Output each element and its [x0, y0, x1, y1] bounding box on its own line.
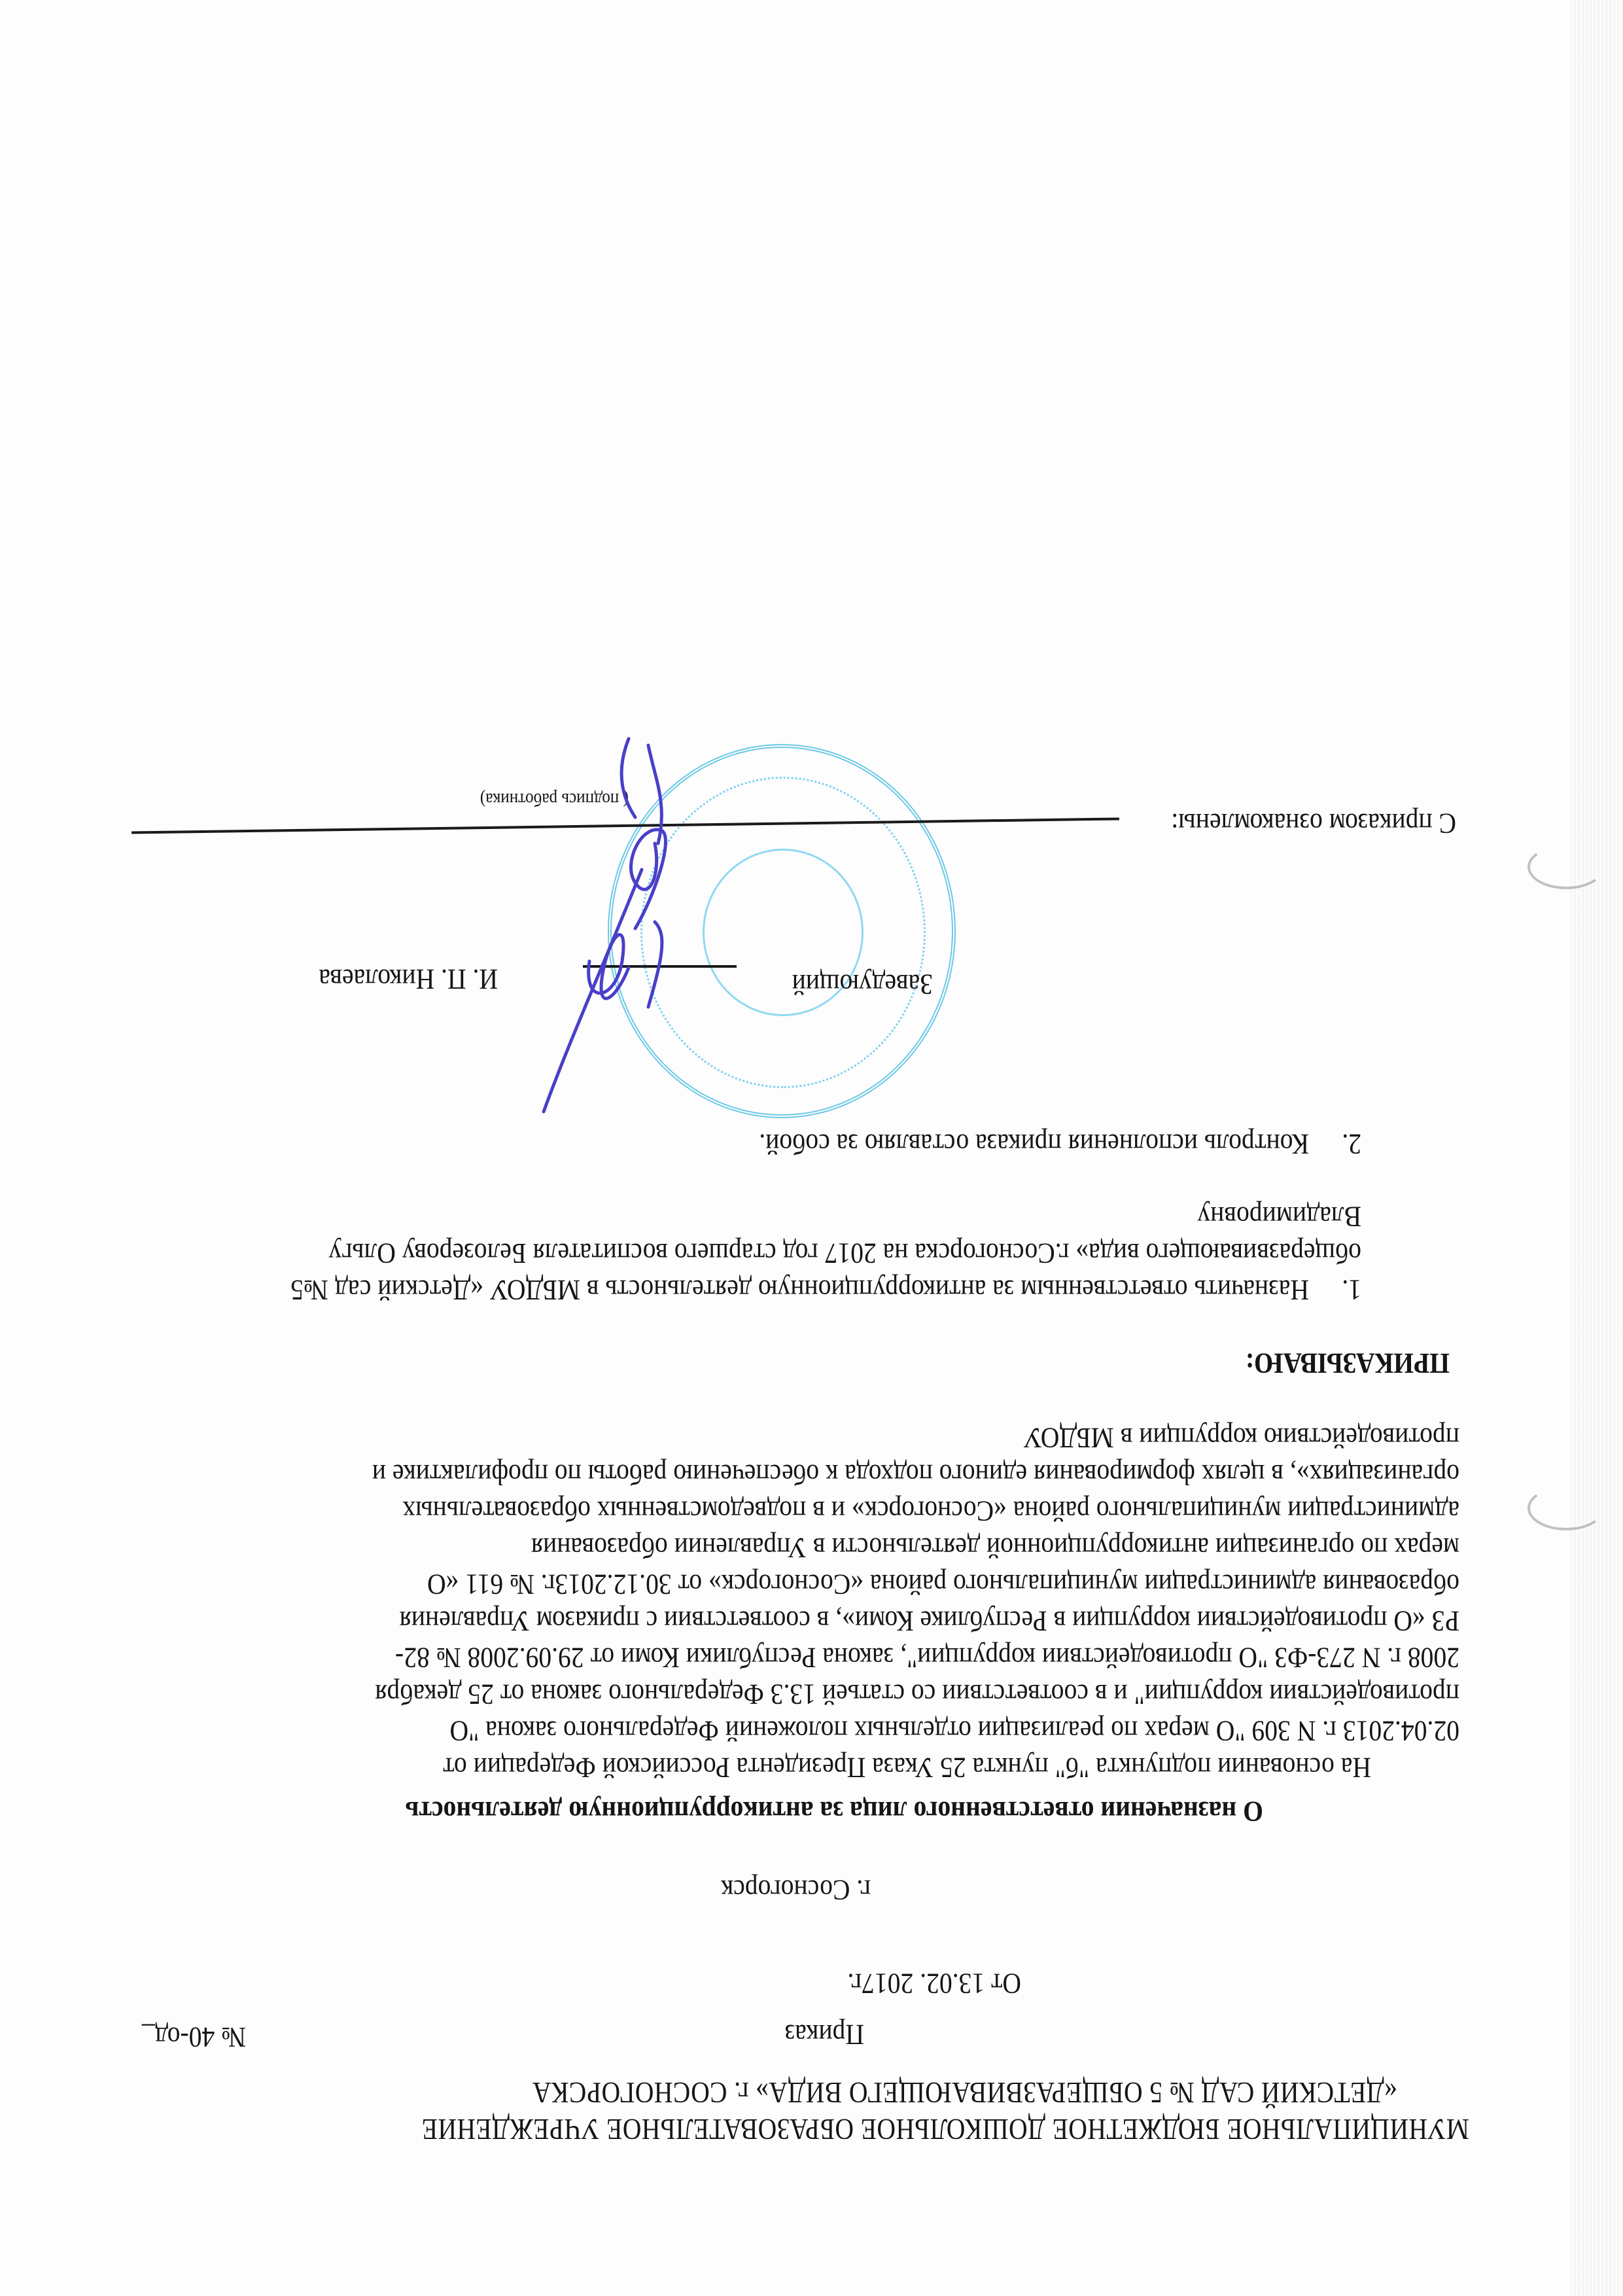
preamble-line: РЗ «О противодействии коррупции в Респуб…	[400, 1602, 1459, 1639]
org-header-line-1: МУНИЦИПАЛЬНОЕ БЮДЖЕТНОЕ ДОШКОЛЬНОЕ ОБРАЗ…	[421, 2112, 1469, 2147]
order-heading: ПРИКАЗЫВАЮ:	[1246, 1345, 1450, 1381]
preamble-line: 2008 г. N 273-ФЗ "О противодействии корр…	[395, 1639, 1459, 1676]
preamble-line: администрации муниципального района «Сос…	[402, 1492, 1459, 1529]
order-title: О назначении ответственного лица за анти…	[406, 1793, 1263, 1829]
item-1-line: общеразвивающего вида» г.Сосногорска на …	[328, 1235, 1361, 1271]
item-1-line: Владимировну	[1197, 1198, 1361, 1235]
item-1-number: 1.	[1342, 1271, 1361, 1308]
city-label: г. Сосногорск	[721, 1871, 871, 1908]
item-2-line: Контроль исполнения приказа оставляю за …	[759, 1125, 1309, 1162]
preamble-line: 02.04.2013 г. N 309 "О мерах по реализац…	[450, 1712, 1459, 1749]
order-number: № 40-од_	[142, 2019, 246, 2055]
item-2-number: 2.	[1342, 1125, 1361, 1162]
preamble-line: противодействии коррупции" и в соответст…	[375, 1676, 1459, 1712]
scanned-order-page: МУНИЦИПАЛЬНОЕ БЮДЖЕТНОЕ ДОШКОЛЬНОЕ ОБРАЗ…	[0, 0, 1623, 2296]
doc-type-label: Приказ	[785, 2016, 864, 2053]
preamble-line: образования администрации муниципального…	[427, 1566, 1459, 1602]
org-header-line-2: «ДЕТСКИЙ САД № 5 ОБЩЕРАЗВИВАЮЩЕГО ВИДА» …	[532, 2075, 1397, 2110]
punch-hole-mark-top	[1527, 1486, 1605, 1530]
signatory-position: Заведующий	[792, 966, 933, 1002]
item-1-line: Назначить ответственным за антикоррупцио…	[290, 1271, 1309, 1308]
acknowledgement-label: С приказом ознакомлены:	[1171, 805, 1456, 841]
preamble-line: противодействию коррупции в МБДОУ	[1024, 1419, 1459, 1456]
preamble-line: организациях», в целях формирования един…	[372, 1456, 1459, 1492]
preamble-line: мерах по организации антикоррупционной д…	[531, 1529, 1459, 1566]
order-date: От 13.02. 2017г.	[847, 1965, 1021, 2002]
punch-hole-mark-bottom	[1527, 845, 1605, 889]
scanner-edge-noise	[1571, 0, 1623, 2296]
handwritten-signature-employee	[576, 726, 733, 935]
signatory-name: И. П. Николаева	[319, 961, 498, 997]
preamble-line: На основании подпункта "б" пункта 25 Ука…	[443, 1749, 1371, 1786]
